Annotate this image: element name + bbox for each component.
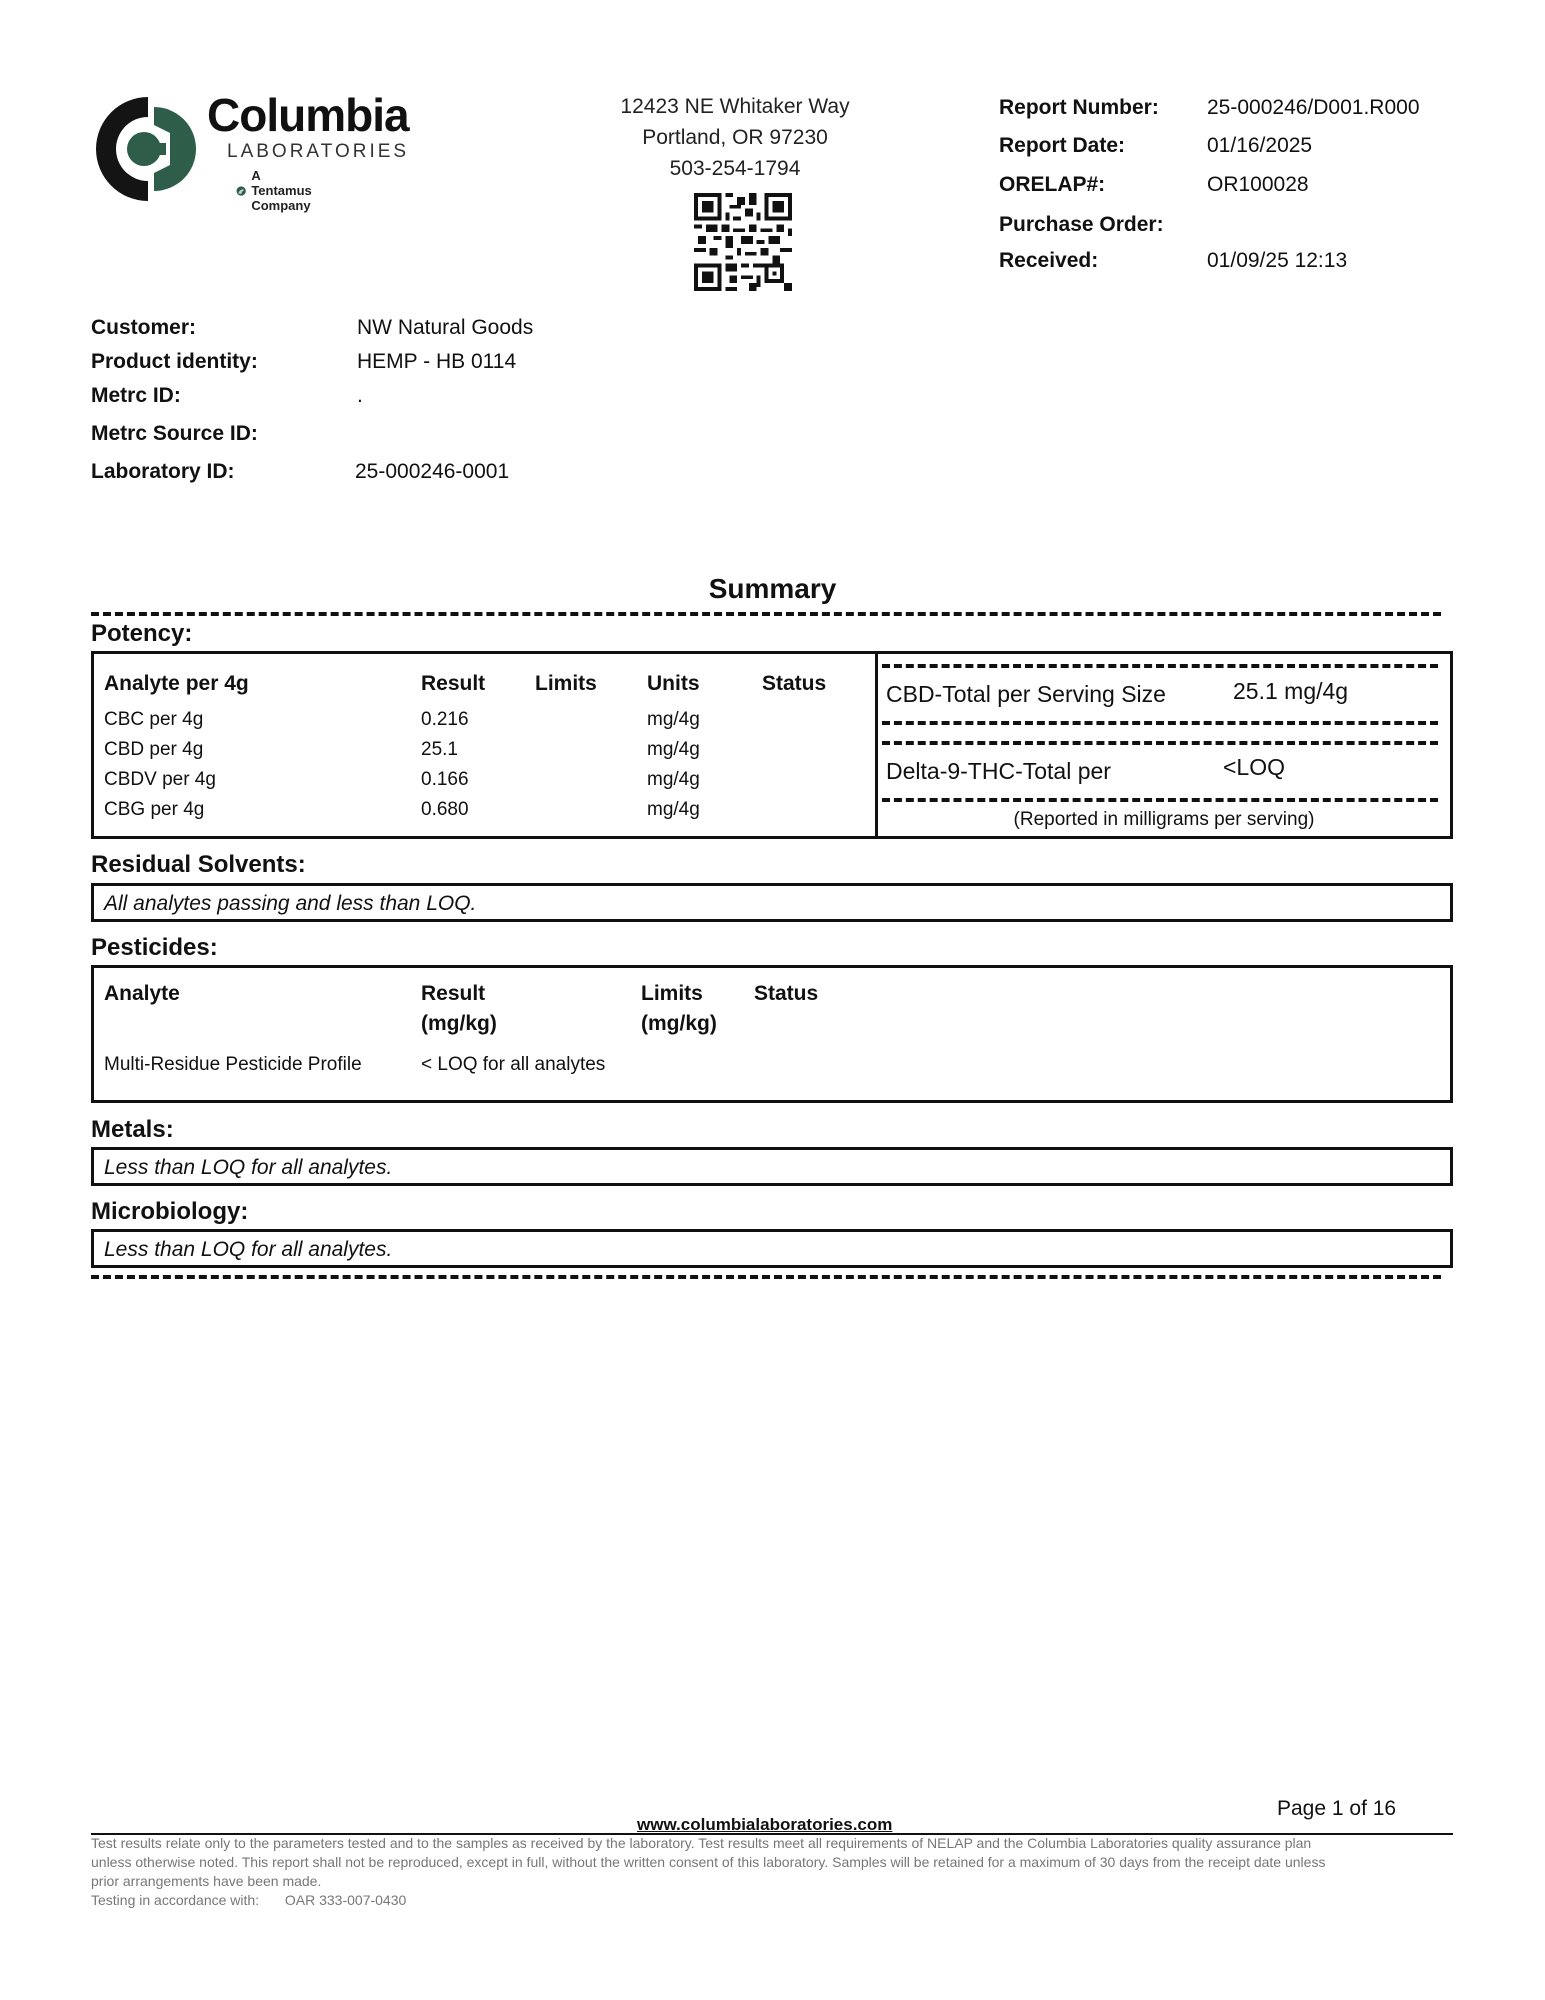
received-label: Received: — [999, 249, 1098, 273]
report-number-label: Report Number: — [999, 96, 1159, 120]
analyte-name: CBC per 4g — [104, 709, 203, 731]
address-city: Portland, OR 97230 — [560, 126, 910, 150]
pesticides-label: Pesticides: — [91, 934, 218, 962]
columbia-logo-mark-icon — [92, 93, 204, 205]
summary-title: Summary — [620, 573, 925, 605]
metals-note: Less than LOQ for all analytes. — [94, 1156, 392, 1180]
report-number-value: 25-000246/D001.R000 — [1207, 96, 1420, 120]
disclaimer-line: prior arrangements have been made. — [91, 1872, 1471, 1891]
cbd-total-label: CBD-Total per Serving Size — [886, 681, 1166, 708]
potency-label: Potency: — [91, 620, 192, 648]
laboratory-id-value: 25-000246-0001 — [355, 460, 509, 484]
potency-col-result: Result — [421, 672, 485, 696]
thc-total-value: <LOQ — [1223, 754, 1285, 781]
analyte-name: CBG per 4g — [104, 799, 204, 821]
analyte-result: 0.680 — [421, 799, 469, 821]
thc-total-label: Delta-9-THC-Total per — [886, 758, 1111, 785]
report-date-label: Report Date: — [999, 134, 1125, 158]
serving-dash-3 — [882, 741, 1438, 745]
disclaimer-line: Test results relate only to the paramete… — [91, 1834, 1471, 1853]
analyte-result: 0.216 — [421, 709, 469, 731]
orelap-label: ORELAP#: — [999, 173, 1105, 197]
page-number: Page 1 of 16 — [1277, 1797, 1396, 1821]
metrc-source-id-label: Metrc Source ID: — [91, 422, 258, 446]
product-identity-value: HEMP - HB 0114 — [357, 350, 516, 374]
potency-box: Analyte per 4g Result Limits Units Statu… — [91, 651, 1453, 839]
summary-top-divider — [91, 612, 1441, 616]
pesticides-col-limits: Limits — [641, 982, 703, 1006]
testing-standard: Testing in accordance with: OAR 333-007-… — [91, 1891, 1471, 1910]
qr-code-icon[interactable] — [694, 193, 792, 291]
microbiology-label: Microbiology: — [91, 1198, 248, 1226]
metals-box: Less than LOQ for all analytes. — [91, 1147, 1453, 1186]
metals-label: Metals: — [91, 1116, 174, 1144]
disclaimer-line: unless otherwise noted. This report shal… — [91, 1853, 1471, 1872]
tentamus-leaf-icon — [236, 181, 246, 201]
serving-dash-4 — [882, 798, 1438, 802]
pesticides-col-status: Status — [754, 982, 818, 1006]
orelap-value: OR100028 — [1207, 173, 1309, 197]
residual-solvents-box: All analytes passing and less than LOQ. — [91, 883, 1453, 922]
pesticides-col-result: Result — [421, 982, 485, 1006]
serving-panel: CBD-Total per Serving Size 25.1 mg/4g De… — [878, 654, 1450, 836]
footer-disclaimer: Test results relate only to the paramete… — [91, 1834, 1471, 1910]
metrc-id-value: . — [357, 384, 363, 408]
product-identity-label: Product identity: — [91, 350, 258, 374]
analyte-units: mg/4g — [647, 799, 700, 821]
received-value: 01/09/25 12:13 — [1207, 249, 1347, 273]
summary-bottom-divider — [91, 1275, 1441, 1279]
potency-col-units: Units — [647, 672, 700, 696]
website-link[interactable]: www.columbialaboratories.com — [637, 1815, 892, 1835]
customer-label: Customer: — [91, 316, 196, 340]
analyte-units: mg/4g — [647, 769, 700, 791]
logo-tagline: A Tentamus Company — [236, 168, 321, 213]
testing-label: Testing in accordance with: — [91, 1892, 259, 1908]
logo-subtitle: LABORATORIES — [227, 141, 409, 163]
analyte-result: 25.1 — [421, 739, 458, 761]
serving-dash-2 — [882, 721, 1438, 725]
potency-col-limits: Limits — [535, 672, 597, 696]
address-phone: 503-254-1794 — [560, 157, 910, 181]
pesticides-box: Analyte Result (mg/kg) Limits (mg/kg) St… — [91, 965, 1453, 1103]
address-street: 12423 NE Whitaker Way — [560, 95, 910, 119]
pesticide-result: < LOQ for all analytes — [421, 1054, 605, 1076]
analyte-result: 0.166 — [421, 769, 469, 791]
potency-col-status: Status — [762, 672, 826, 696]
analyte-name: CBDV per 4g — [104, 769, 216, 791]
logo-name: Columbia — [207, 88, 409, 142]
pesticide-analyte: Multi-Residue Pesticide Profile — [104, 1054, 362, 1076]
analyte-name: CBD per 4g — [104, 739, 203, 761]
report-date-value: 01/16/2025 — [1207, 134, 1312, 158]
customer-value: NW Natural Goods — [357, 316, 533, 340]
laboratory-id-label: Laboratory ID: — [91, 460, 235, 484]
analyte-units: mg/4g — [647, 739, 700, 761]
pesticides-col-analyte: Analyte — [104, 982, 180, 1006]
analyte-units: mg/4g — [647, 709, 700, 731]
testing-value: OAR 333-007-0430 — [285, 1892, 406, 1908]
pesticides-col-result-unit: (mg/kg) — [421, 1012, 497, 1036]
metrc-id-label: Metrc ID: — [91, 384, 181, 408]
microbiology-box: Less than LOQ for all analytes. — [91, 1229, 1453, 1268]
serving-note: (Reported in milligrams per serving) — [878, 809, 1450, 831]
tagline-text: A Tentamus Company — [251, 168, 321, 213]
microbiology-note: Less than LOQ for all analytes. — [94, 1238, 392, 1262]
purchase-order-label: Purchase Order: — [999, 213, 1164, 237]
residual-solvents-note: All analytes passing and less than LOQ. — [94, 892, 476, 916]
cbd-total-value: 25.1 mg/4g — [1233, 678, 1348, 705]
residual-solvents-label: Residual Solvents: — [91, 851, 306, 879]
pesticides-col-limits-unit: (mg/kg) — [641, 1012, 717, 1036]
potency-col-analyte: Analyte per 4g — [104, 672, 249, 696]
serving-dash-1 — [882, 664, 1438, 668]
